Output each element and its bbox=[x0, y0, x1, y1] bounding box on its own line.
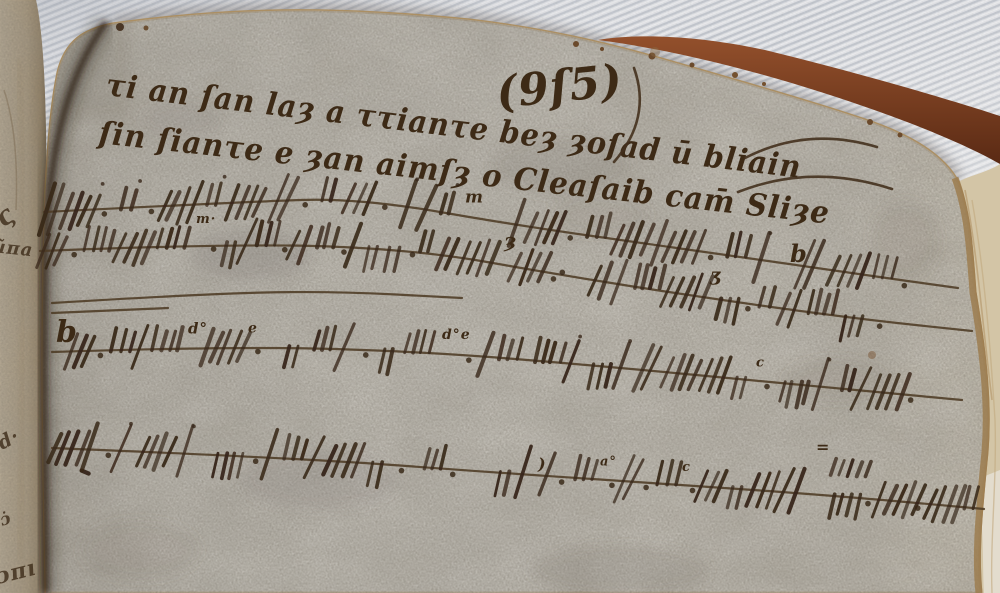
manuscript-photo: ςũπaẏd·ɔ̇ɔπı bbox=[0, 0, 1000, 593]
svg-text:c: c bbox=[682, 460, 691, 475]
svg-text:e: e bbox=[248, 320, 258, 336]
manuscript-scene: ςũπaẏd·ɔ̇ɔπı bbox=[0, 0, 1000, 593]
marginalia-mark: ũπa bbox=[0, 236, 34, 261]
svg-text:m·: m· bbox=[196, 212, 216, 227]
svg-text:): ) bbox=[537, 454, 547, 473]
svg-text:d°: d° bbox=[188, 320, 208, 338]
svg-text:d°e: d°e bbox=[442, 327, 471, 343]
svg-text:Ʒ: Ʒ bbox=[709, 268, 723, 289]
svg-text:=: = bbox=[816, 438, 830, 457]
svg-text:ȝ: ȝ bbox=[503, 228, 517, 252]
svg-text:a°: a° bbox=[600, 455, 617, 470]
svg-text:c: c bbox=[756, 356, 765, 371]
svg-text:m: m bbox=[465, 187, 484, 207]
